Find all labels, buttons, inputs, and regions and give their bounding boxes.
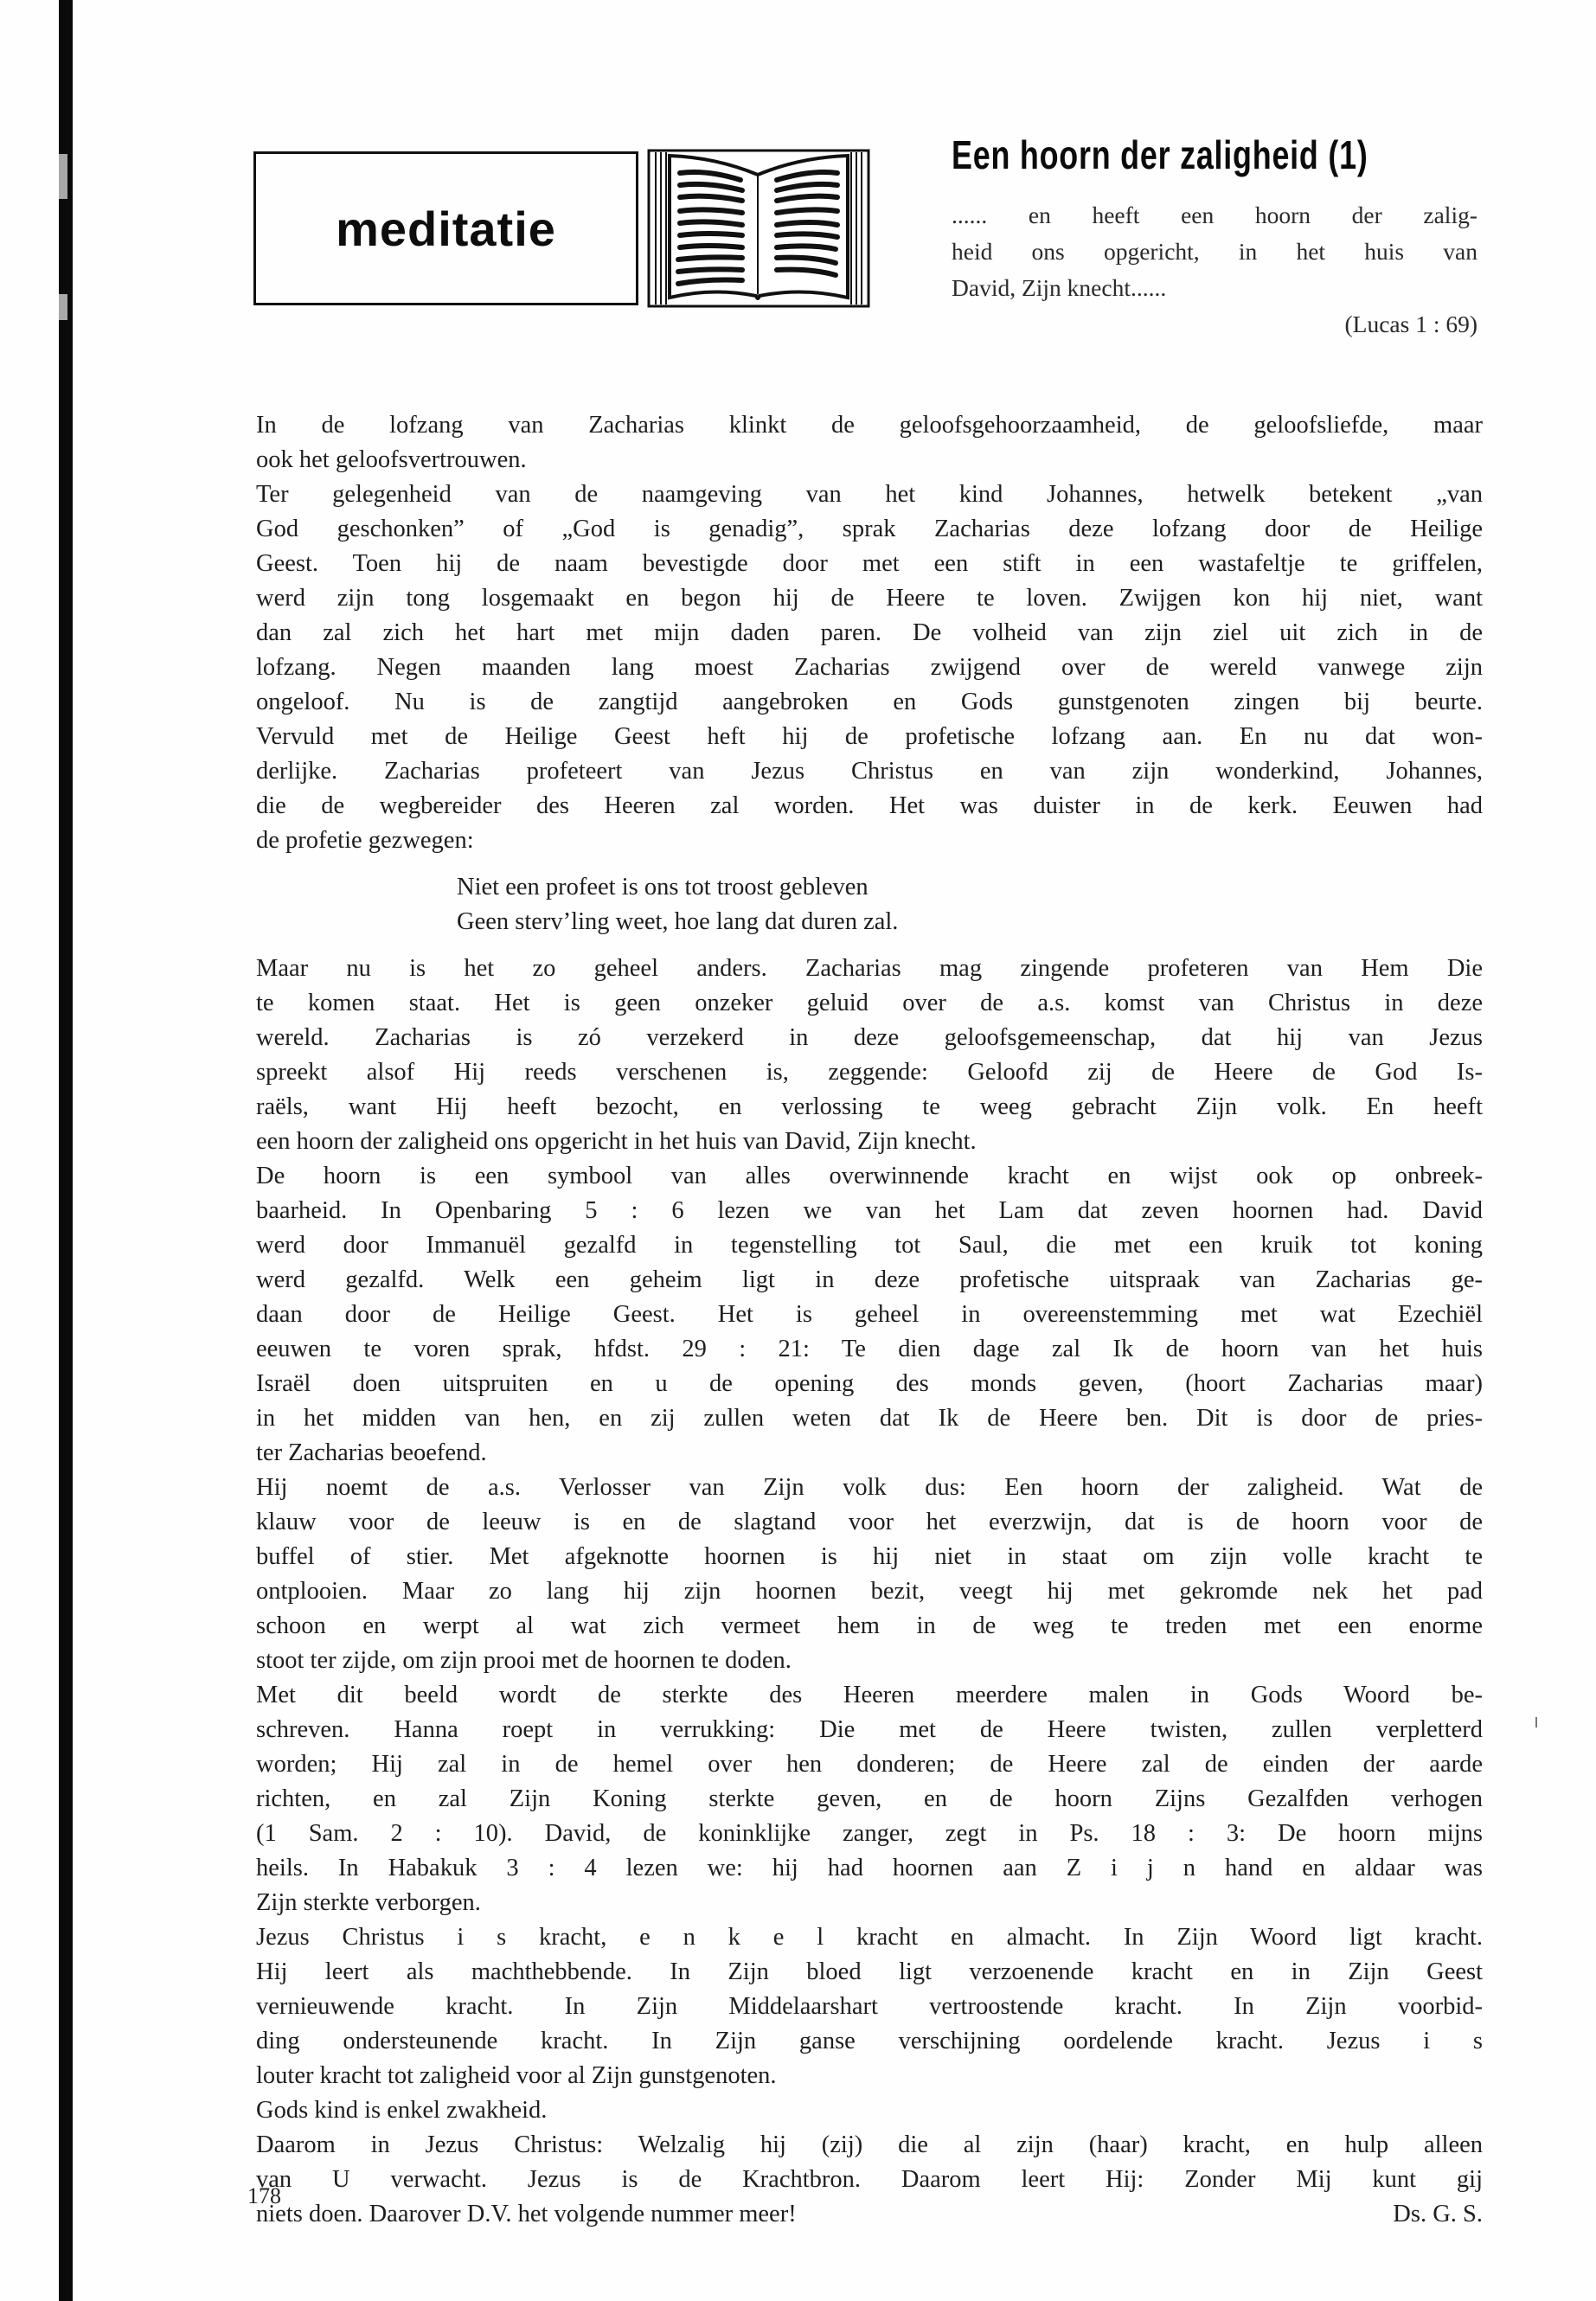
- text-line: (1 Sam. 2 : 10). David, de koninklijke z…: [256, 1817, 1483, 1851]
- article-title: Een hoorn der zaligheid (1): [952, 131, 1383, 178]
- scan-artifact: [59, 154, 67, 199]
- closing-line: niets doen. Daarover D.V. het volgende n…: [256, 2197, 1483, 2232]
- section-label: meditatie: [336, 201, 556, 257]
- epigraph-line: David, Zijn knecht......: [952, 270, 1477, 306]
- epigraph-line: heid ons opgericht, in het huis van: [952, 234, 1477, 270]
- text-line: richten, en zal Zijn Koning sterkte geve…: [256, 1782, 1483, 1817]
- text-line: werd door Immanuël gezalfd in tegenstell…: [256, 1228, 1483, 1263]
- text-line: heils. In Habakuk 3 : 4 lezen we: hij ha…: [256, 1851, 1483, 1886]
- text-line: te komen staat. Het is geen onzeker gelu…: [256, 986, 1483, 1021]
- page-number: 178: [247, 2183, 281, 2209]
- text-line: Met dit beeld wordt de sterkte des Heere…: [256, 1678, 1483, 1713]
- text-line: ding ondersteunende kracht. In Zijn gans…: [256, 2024, 1483, 2059]
- text-line: raëls, want Hij heeft bezocht, en verlos…: [256, 1090, 1483, 1125]
- text-line: derlijke. Zacharias profeteert van Jezus…: [256, 754, 1483, 789]
- section-label-box: meditatie: [253, 151, 638, 305]
- text-line: Maar nu is het zo geheel anders. Zachari…: [256, 952, 1483, 986]
- text-line: Hij noemt de a.s. Verlosser van Zijn vol…: [256, 1471, 1483, 1505]
- text-line: werd zijn tong losgemaakt en begon hij d…: [256, 581, 1483, 616]
- text-line: in het midden van hen, en zij zullen wet…: [256, 1401, 1483, 1436]
- text-line: schoon en werpt al wat zich vermeet hem …: [256, 1609, 1483, 1644]
- text-line: Israël doen uitspruiten en u de opening …: [256, 1367, 1483, 1401]
- text-line: niets doen. Daarover D.V. het volgende n…: [256, 2197, 797, 2232]
- text-line: baarheid. In Openbaring 5 : 6 lezen we v…: [256, 1194, 1483, 1228]
- scan-artifact: [59, 294, 67, 320]
- text-line: die de wegbereider des Heeren zal worden…: [256, 789, 1483, 824]
- binding-edge-bar: [59, 0, 73, 2301]
- text-line: Hij leert als machthebbende. In Zijn blo…: [256, 1955, 1483, 1990]
- text-line: louter kracht tot zaligheid voor al Zijn…: [256, 2059, 1483, 2093]
- text-line: Vervuld met de Heilige Geest heft hij de…: [256, 720, 1483, 754]
- text-line: wereld. Zacharias is zó verzekerd in dez…: [256, 1021, 1483, 1055]
- epigraph: ...... en heeft een hoorn der zalig- hei…: [952, 197, 1477, 343]
- text-line: worden; Hij zal in de hemel over hen don…: [256, 1747, 1483, 1782]
- text-line: de profetie gezwegen:: [256, 824, 1483, 858]
- text-line: schreven. Hanna roept in verrukking: Die…: [256, 1713, 1483, 1747]
- text-line: dan zal zich het hart met mijn daden par…: [256, 616, 1483, 651]
- text-line: klauw voor de leeuw is en de slagtand vo…: [256, 1505, 1483, 1540]
- text-line: vernieuwende kracht. In Zijn Middelaarsh…: [256, 1990, 1483, 2024]
- text-line: spreekt alsof Hij reeds verschenen is, z…: [256, 1055, 1483, 1090]
- text-line: Ter gelegenheid van de naamgeving van he…: [256, 478, 1483, 512]
- text-line: Gods kind is enkel zwakheid.: [256, 2093, 1483, 2128]
- text-line: daan door de Heilige Geest. Het is gehee…: [256, 1298, 1483, 1332]
- text-line: Daarom in Jezus Christus: Welzalig hij (…: [256, 2128, 1483, 2163]
- author-signature: Ds. G. S.: [1393, 2197, 1483, 2232]
- text-line: van U verwacht. Jezus is de Krachtbron. …: [256, 2163, 1483, 2197]
- scripture-reference: (Lucas 1 : 69): [952, 306, 1477, 343]
- poem-line: Geen sterv’ling weet, hoe lang dat duren…: [256, 905, 1483, 939]
- text-line: In de lofzang van Zacharias klinkt de ge…: [256, 408, 1483, 443]
- epigraph-line: ...... en heeft een hoorn der zalig-: [952, 197, 1477, 234]
- text-line: Zijn sterkte verborgen.: [256, 1886, 1483, 1920]
- text-line: Jezus Christus i s kracht, e n k e l kra…: [256, 1920, 1483, 1955]
- text-line: De hoorn is een symbool van alles overwi…: [256, 1159, 1483, 1194]
- text-line: een hoorn der zaligheid ons opgericht in…: [256, 1125, 1483, 1159]
- text-line: ongeloof. Nu is de zangtijd aangebroken …: [256, 685, 1483, 720]
- text-line: ook het geloofsvertrouwen.: [256, 443, 1483, 478]
- text-line: buffel of stier. Met afgeknotte hoornen …: [256, 1540, 1483, 1574]
- poem-line: Niet een profeet is ons tot troost geble…: [256, 870, 1483, 905]
- text-line: ontplooien. Maar zo lang hij zijn hoorne…: [256, 1574, 1483, 1609]
- text-line: God geschonken” of „God is genadig”, spr…: [256, 512, 1483, 547]
- article-body: In de lofzang van Zacharias klinkt de ge…: [256, 408, 1483, 2232]
- text-line: lofzang. Negen maanden lang moest Zachar…: [256, 651, 1483, 685]
- text-line: stoot ter zijde, om zijn prooi met de ho…: [256, 1644, 1483, 1678]
- text-line: ter Zacharias beoefend.: [256, 1436, 1483, 1471]
- text-line: werd gezalfd. Welk een geheim ligt in de…: [256, 1263, 1483, 1298]
- scan-artifact: [1535, 1717, 1537, 1727]
- text-line: eeuwen te voren sprak, hfdst. 29 : 21: T…: [256, 1332, 1483, 1367]
- open-book-icon: [647, 149, 870, 308]
- text-line: Geest. Toen hij de naam bevestigde door …: [256, 547, 1483, 581]
